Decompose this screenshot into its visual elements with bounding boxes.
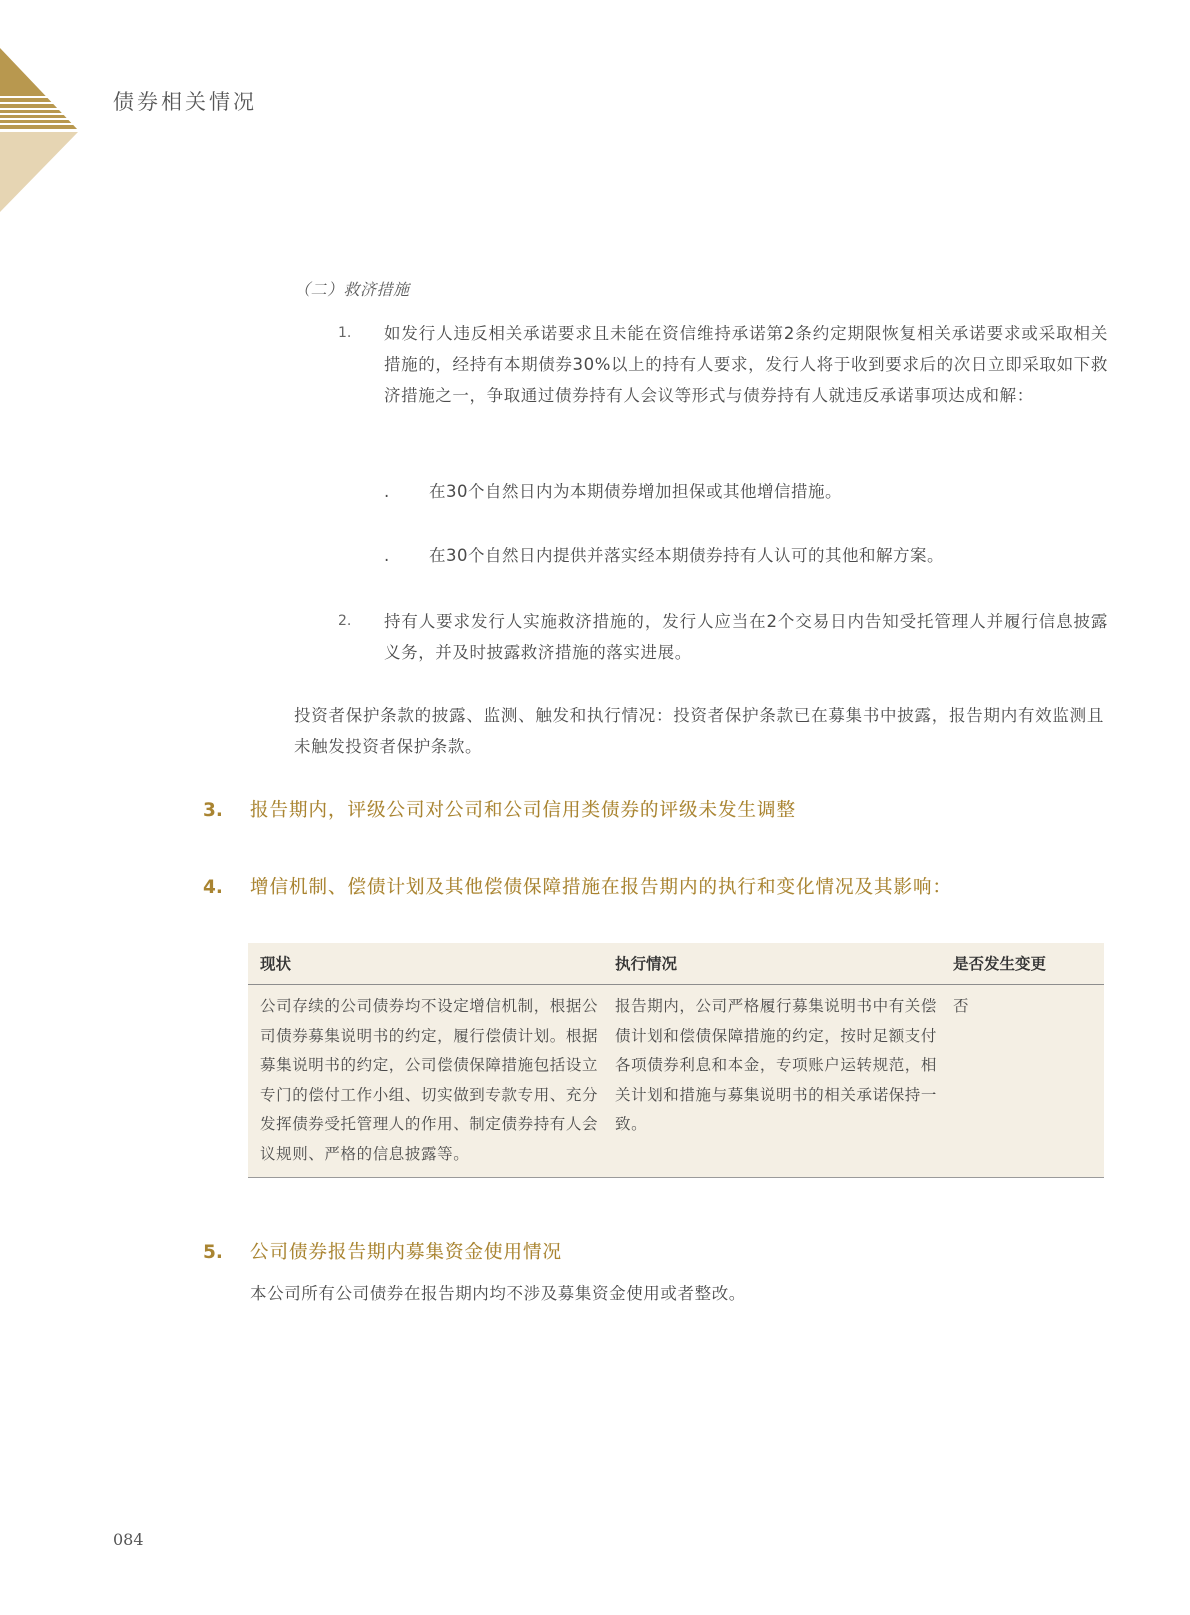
cell-status: 公司存续的公司债券均不设定增信机制，根据公司债券募集说明书的约定，履行偿债计划。…	[248, 985, 603, 1178]
investor-protection-paragraph: 投资者保护条款的披露、监测、触发和执行情况：投资者保护条款已在募集书中披露，报告…	[294, 700, 1104, 762]
guarantee-measures-table: 现状 执行情况 是否发生变更 公司存续的公司债券均不设定增信机制，根据公司债券募…	[248, 943, 1104, 1178]
column-header-status: 现状	[248, 943, 603, 985]
column-header-changed: 是否发生变更	[941, 943, 1104, 985]
table-row: 公司存续的公司债券均不设定增信机制，根据公司债券募集说明书的约定，履行偿债计划。…	[248, 985, 1104, 1178]
remedy-bullet-2: . 在30个自然日内提供并落实经本期债券持有人认可的其他和解方案。	[384, 542, 1104, 570]
fund-usage-paragraph: 本公司所有公司债券在报告期内均不涉及募集资金使用或者整改。	[250, 1278, 1100, 1309]
section-heading-4: 4. 增信机制、偿债计划及其他偿债保障措施在报告期内的执行和变化情况及其影响：	[203, 874, 952, 902]
column-header-execution: 执行情况	[603, 943, 941, 985]
list-item-text: 如发行人违反相关承诺要求且未能在资信维持承诺第2条约定期限恢复相关承诺要求或采取…	[384, 318, 1108, 411]
section-number: 5.	[203, 1239, 250, 1267]
section-heading-3: 3. 报告期内，评级公司对公司和公司信用类债券的评级未发生调整	[203, 797, 796, 825]
cell-execution: 报告期内，公司严格履行募集说明书中有关偿债计划和偿债保障措施的约定，按时足额支付…	[603, 985, 941, 1178]
remedy-item-1: 1. 如发行人违反相关承诺要求且未能在资信维持承诺第2条约定期限恢复相关承诺要求…	[338, 318, 1108, 411]
section-number: 4.	[203, 874, 250, 902]
cell-changed: 否	[941, 985, 1104, 1178]
remedy-item-2: 2. 持有人要求发行人实施救济措施的，发行人应当在2个交易日内告知受托管理人并履…	[338, 606, 1108, 668]
bullet-marker: .	[384, 478, 429, 506]
list-number: 1.	[338, 318, 384, 411]
page-number: 084	[113, 1530, 144, 1549]
remedies-subheading: （二）救济措施	[294, 277, 410, 300]
page-section-title: 债券相关情况	[113, 86, 257, 116]
bullet-marker: .	[384, 542, 429, 570]
bullet-text: 在30个自然日内提供并落实经本期债券持有人认可的其他和解方案。	[429, 542, 944, 570]
section-title: 报告期内，评级公司对公司和公司信用类债券的评级未发生调整	[250, 797, 796, 825]
section-number: 3.	[203, 797, 250, 825]
section-heading-5: 5. 公司债券报告期内募集资金使用情况	[203, 1239, 562, 1267]
list-number: 2.	[338, 606, 384, 668]
gold-triangle-stripes-icon	[0, 48, 80, 212]
remedy-bullet-1: . 在30个自然日内为本期债券增加担保或其他增信措施。	[384, 478, 1104, 506]
section-title: 公司债券报告期内募集资金使用情况	[250, 1239, 562, 1267]
list-item-text: 持有人要求发行人实施救济措施的，发行人应当在2个交易日内告知受托管理人并履行信息…	[384, 606, 1108, 668]
table-header-row: 现状 执行情况 是否发生变更	[248, 943, 1104, 985]
section-title: 增信机制、偿债计划及其他偿债保障措施在报告期内的执行和变化情况及其影响：	[250, 874, 952, 902]
bullet-text: 在30个自然日内为本期债券增加担保或其他增信措施。	[429, 478, 842, 506]
